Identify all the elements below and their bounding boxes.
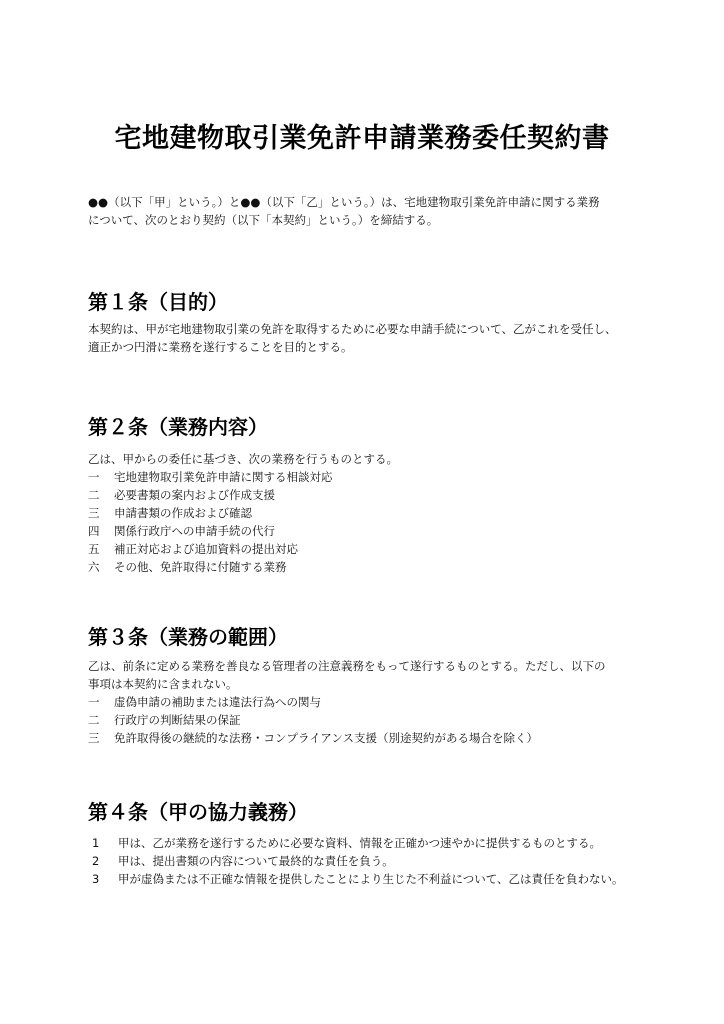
list-item: 一宅地建物取引業免許申請に関する相談対応 [88,468,658,486]
article-3-body: 乙は、前条に定める業務を善良なる管理者の注意義務をもって遂行するものとする。ただ… [88,657,658,747]
list-item: 四関係行政庁への申請手続の代行 [88,522,658,540]
list-item: 3甲が虚偽または不正確な情報を提供したことにより生じた不利益について、乙は責任を… [88,870,688,888]
list-item: 三申請書類の作成および確認 [88,504,658,522]
article-4-body: 1甲は、乙が業務を遂行するために必要な資料、情報を正確かつ速やかに提供するものと… [88,834,688,888]
list-item: 二行政庁の判断結果の保証 [88,711,658,729]
list-item: 三免許取得後の継続的な法務・コンプライアンス支援（別途契約がある場合を除く） [88,729,658,747]
list-item: 一虚偽申請の補助または違法行為への関与 [88,693,658,711]
list-item: 二必要書類の案内および作成支援 [88,486,658,504]
document-title: 宅地建物取引業免許申請業務委任契約書 [0,116,724,155]
intro-line: ●●（以下「甲」という。）と●●（以下「乙」という。）は、宅地建物取引業免許申請… [88,193,648,211]
body-line: 適正かつ円滑に業務を遂行することを目的とする。 [88,338,658,356]
body-line: 本契約は、甲が宅地建物取引業の免許を取得するために必要な申請手続について、乙がこ… [88,320,658,338]
list-item: 五補正対応および追加資料の提出対応 [88,540,658,558]
article-2-body: 乙は、甲からの委任に基づき、次の業務を行うものとする。 一宅地建物取引業免許申請… [88,450,658,576]
article-4-heading: 第４条（甲の協力義務） [88,796,308,825]
article-1-heading: 第１条（目的） [88,286,228,315]
intro-line: について、次のとおり契約（以下「本契約」という。）を締結する。 [88,211,648,229]
article-1-body: 本契約は、甲が宅地建物取引業の免許を取得するために必要な申請手続について、乙がこ… [88,320,658,356]
article-2-heading: 第２条（業務内容） [88,411,268,440]
body-line: 乙は、前条に定める業務を善良なる管理者の注意義務をもって遂行するものとする。ただ… [88,657,658,675]
list-item: 1甲は、乙が業務を遂行するために必要な資料、情報を正確かつ速やかに提供するものと… [88,834,688,852]
list-item: 六その他、免許取得に付随する業務 [88,558,658,576]
body-line: 事項は本契約に含まれない。 [88,675,658,693]
document-page: 宅地建物取引業免許申請業務委任契約書 ●●（以下「甲」という。）と●●（以下「乙… [0,0,724,1024]
intro-paragraph: ●●（以下「甲」という。）と●●（以下「乙」という。）は、宅地建物取引業免許申請… [88,193,648,229]
body-line: 乙は、甲からの委任に基づき、次の業務を行うものとする。 [88,450,658,468]
article-3-heading: 第３条（業務の範囲） [88,621,288,650]
list-item: 2甲は、提出書類の内容について最終的な責任を負う。 [88,852,688,870]
